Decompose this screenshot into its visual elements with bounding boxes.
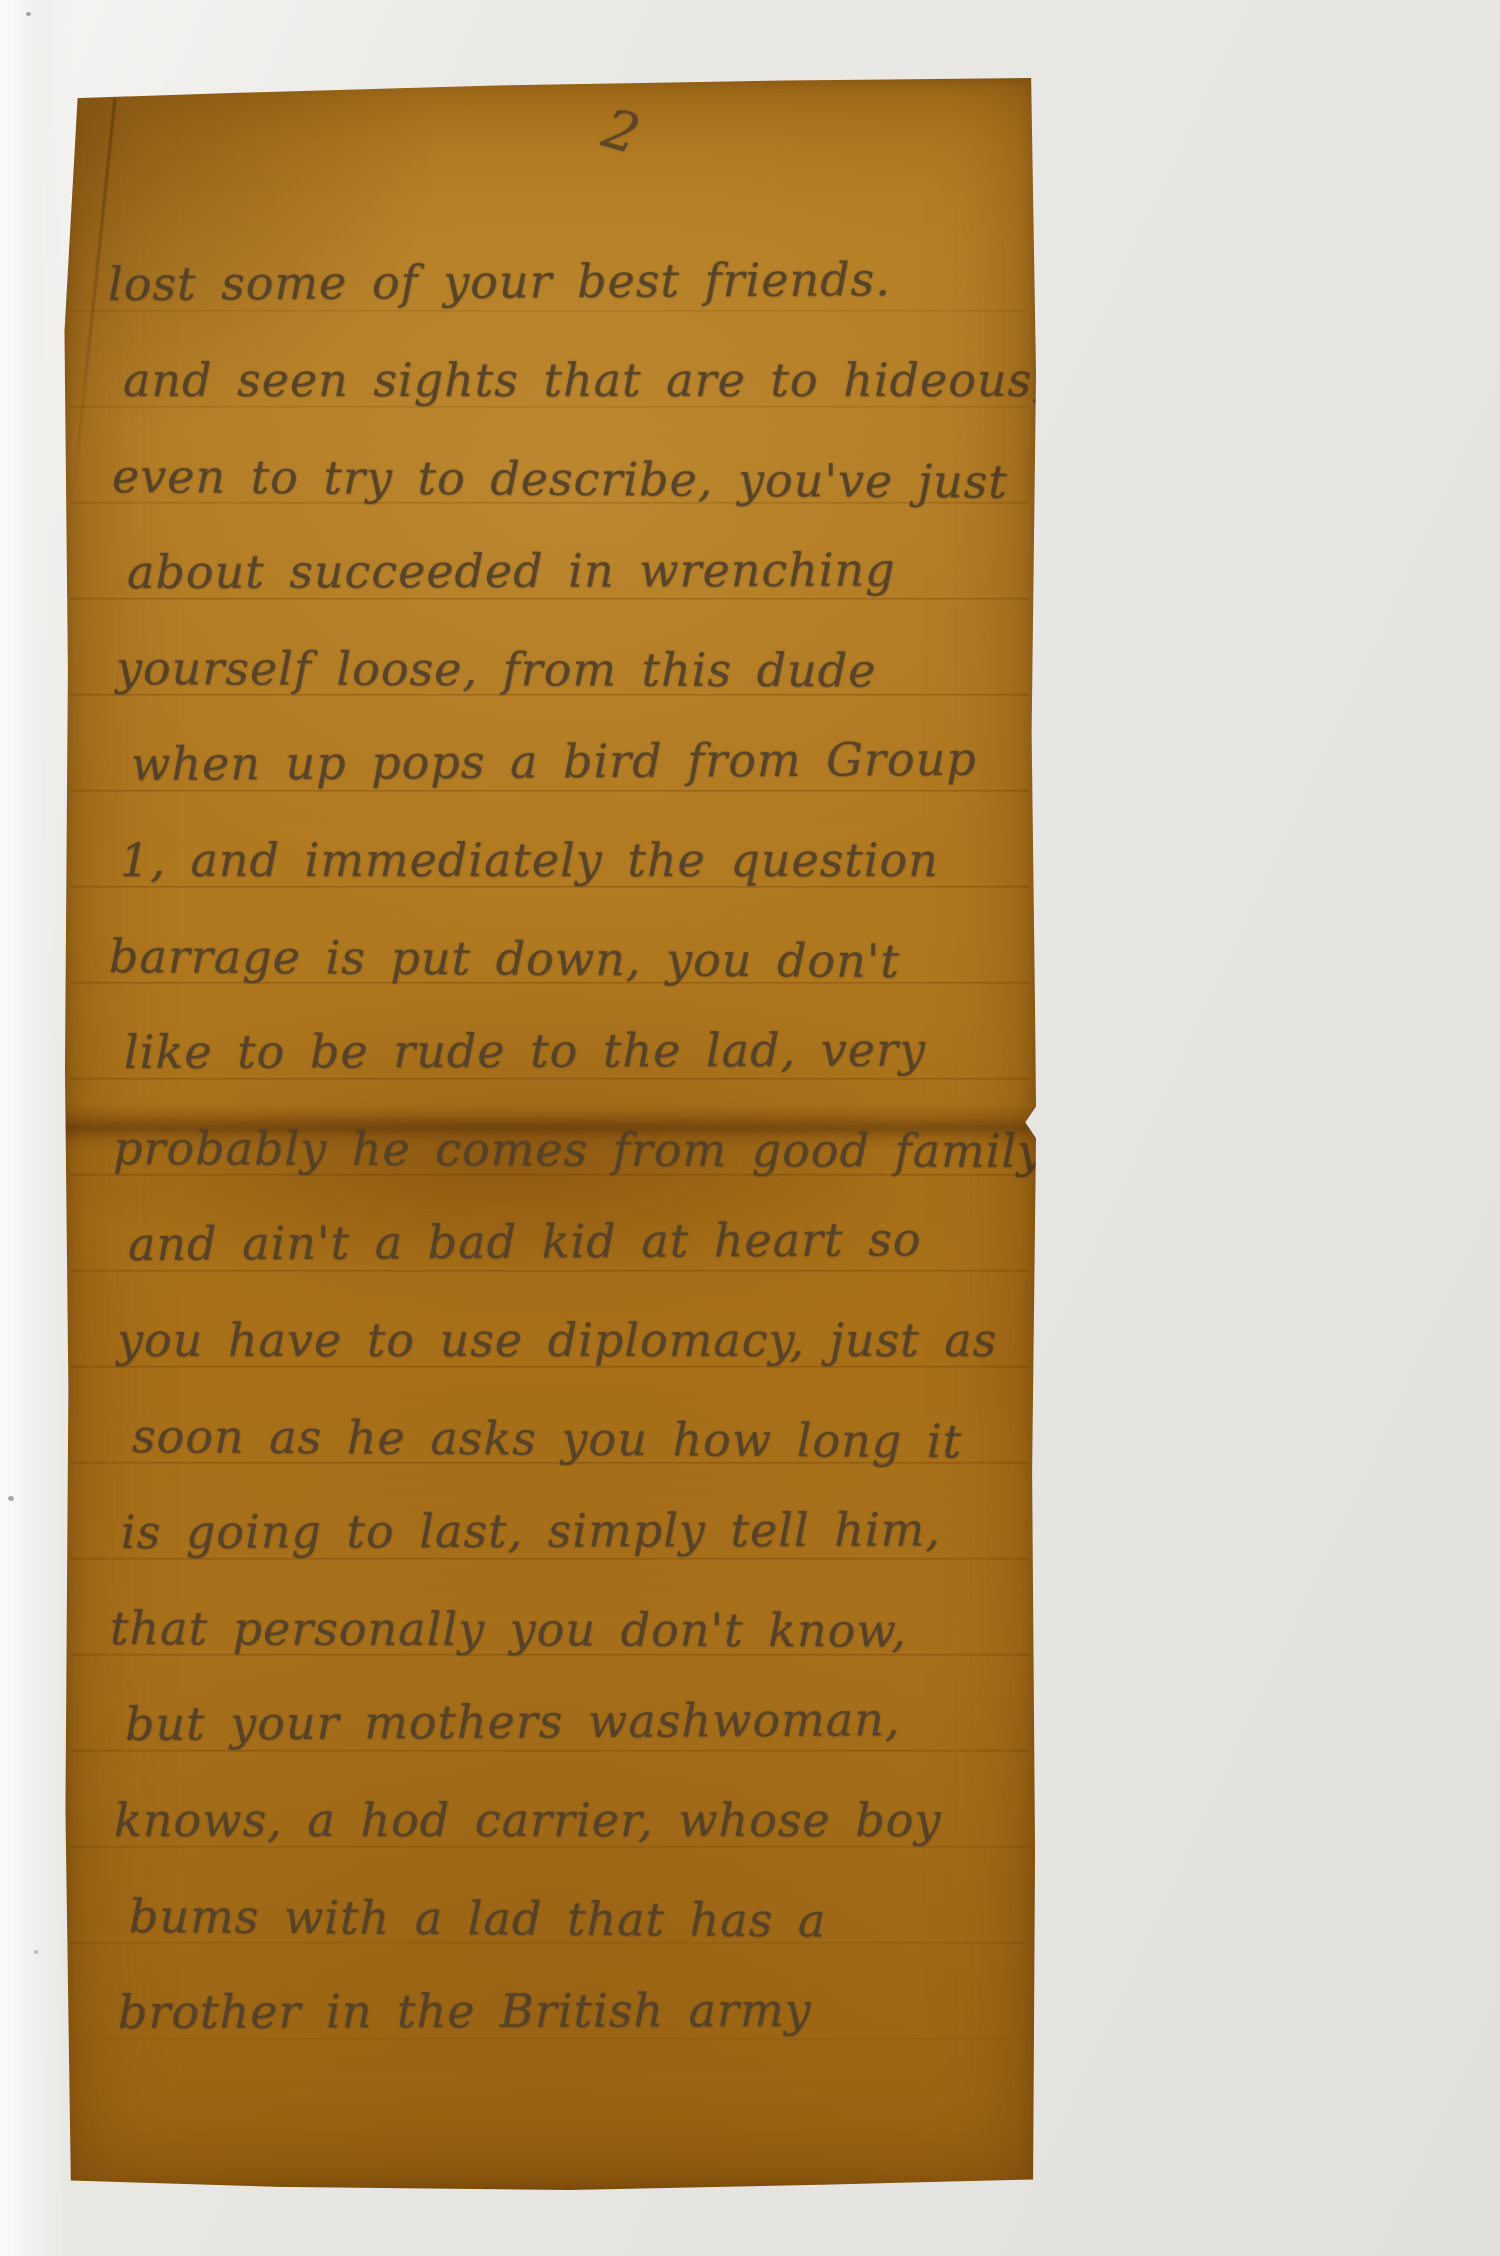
letter-page: 2 lost some of your best friends.and see… <box>64 78 1036 2190</box>
handwriting-line: lost some of your best friends. <box>108 230 1009 332</box>
handwriting-line: 1, and immediately the question <box>120 812 1008 908</box>
handwriting-line: even to try to describe, you've just <box>112 428 1009 530</box>
handwriting-line: brother in the British army <box>118 1961 1008 2060</box>
handwriting-line: you have to use diplomacy, just as <box>117 1292 1008 1388</box>
handwriting-line: about succeeded in wrenching <box>127 521 1008 620</box>
scanner-edge-highlight <box>0 0 70 2256</box>
page-number: 2 <box>596 96 646 166</box>
dust-speck <box>34 1950 38 1954</box>
handwriting-line: like to be rude to the lad, very <box>124 1001 1008 1100</box>
handwriting-line: when up pops a bird from Group <box>131 710 1009 812</box>
handwriting-line: but your mothers washwoman, <box>125 1670 1009 1772</box>
handwriting-line: probably he comes from good family, <box>113 1100 1008 1199</box>
handwriting-line: is going to last, simply tell him, <box>121 1481 1008 1580</box>
handwriting-line: and seen sights that are to hideous, <box>123 332 1008 428</box>
handwriting-line: knows, a hod carrier, whose boy <box>114 1772 1008 1868</box>
dust-speck <box>8 1496 14 1501</box>
handwriting-line: soon as he asks you how long it <box>132 1388 1009 1490</box>
handwriting-line: that personally you don't know, <box>110 1580 1008 1679</box>
handwriting-line: yourself loose, from this dude <box>116 620 1008 719</box>
handwriting-line: barrage is put down, you don't <box>109 908 1009 1010</box>
handwriting-block: lost some of your best friends.and seen … <box>108 236 1008 2060</box>
handwriting-line: bums with a lad that has a <box>129 1868 1009 1970</box>
handwriting-line: and ain't a bad kid at heart so <box>128 1190 1009 1292</box>
dust-speck <box>26 12 31 16</box>
